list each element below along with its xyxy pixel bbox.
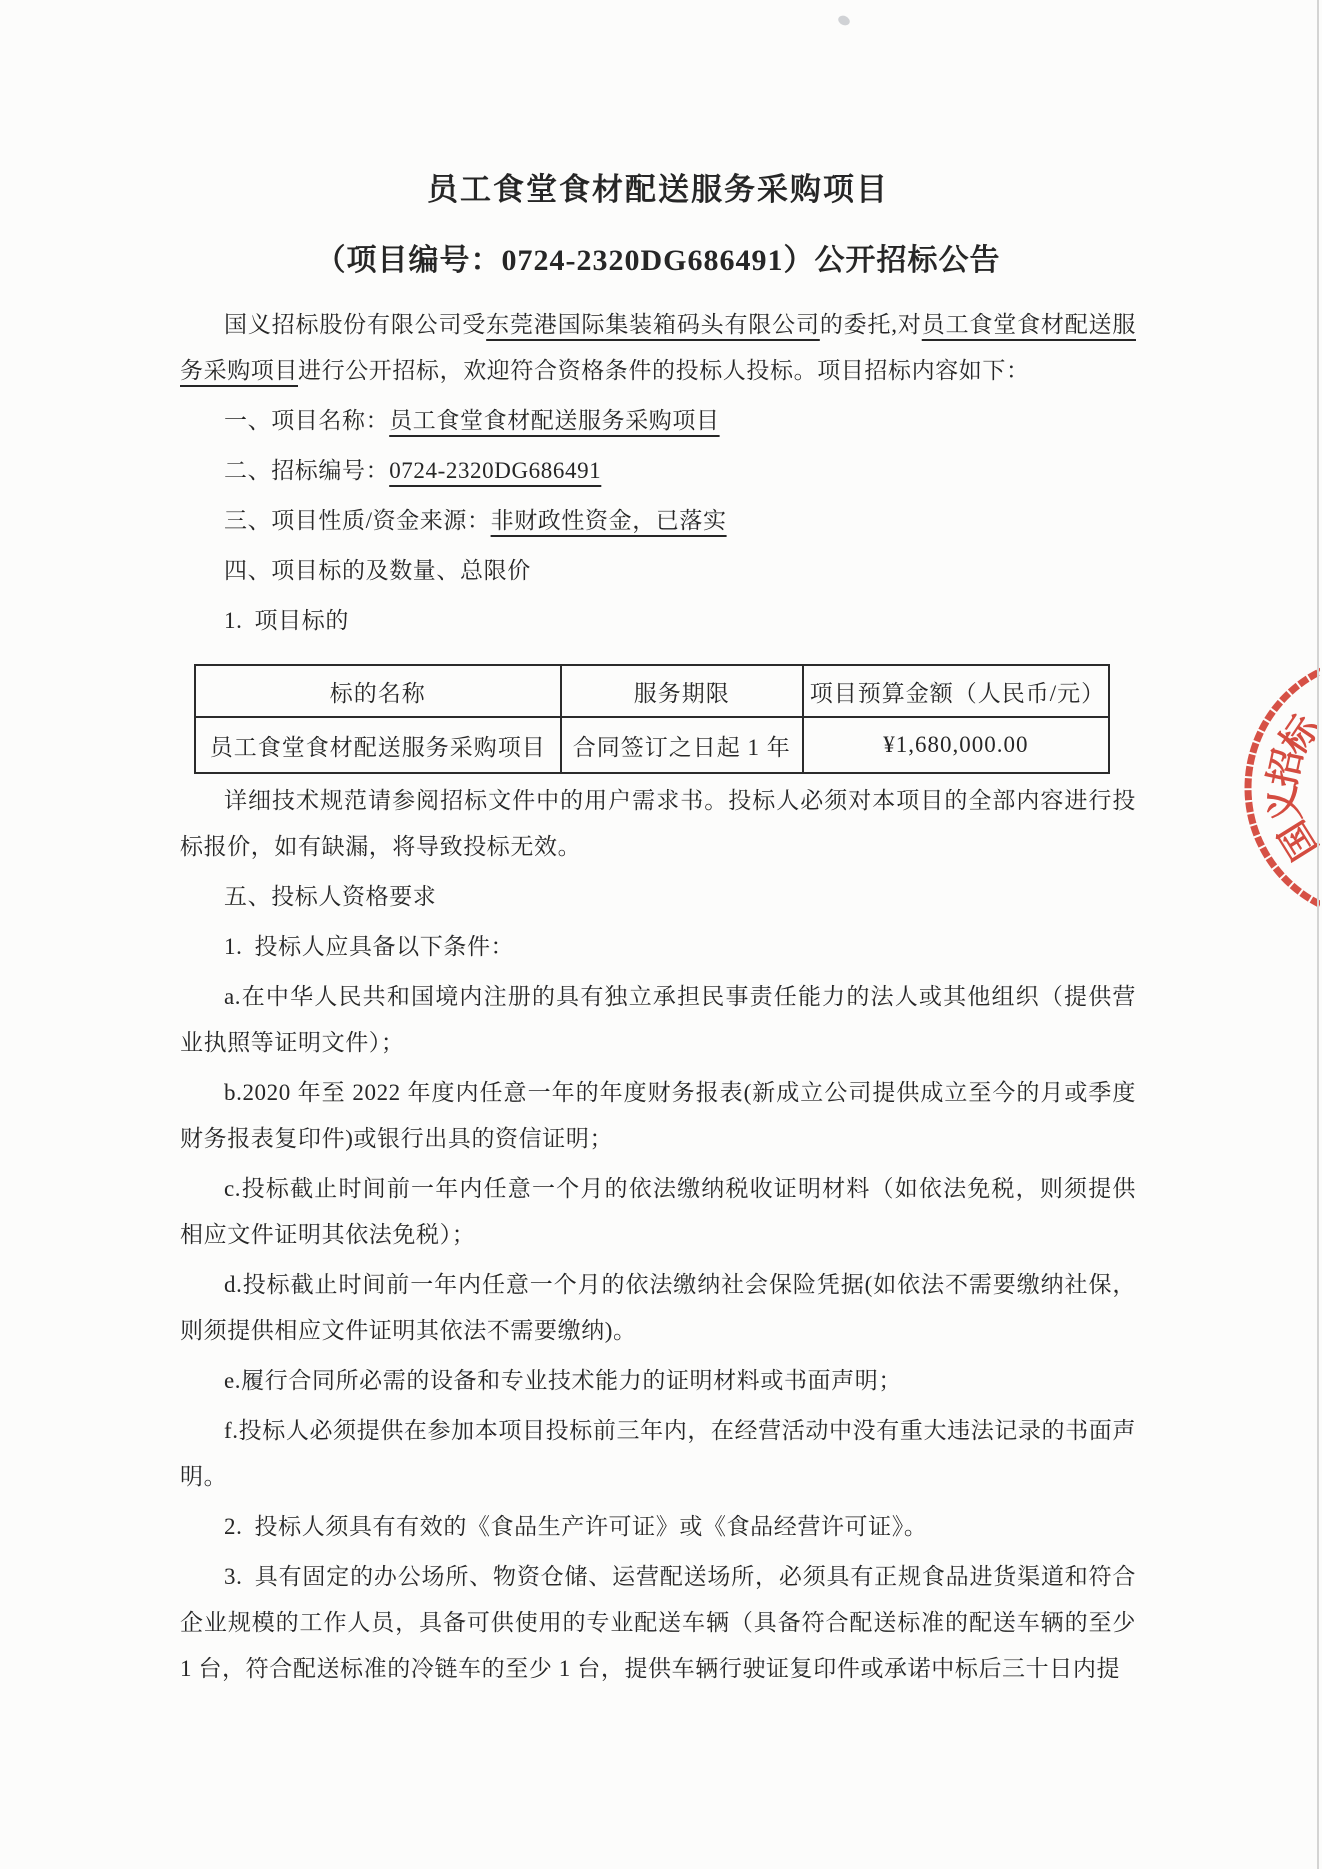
intro-text: 进行公开招标，欢迎符合资格条件的投标人投标。项目招标内容如下： — [298, 358, 1030, 383]
condition-c: c.投标截止时间前一年内任意一个月的依法缴纳税收证明材料（如依法免税，则须提供相… — [180, 1166, 1136, 1258]
item-label: 一、项目名称： — [224, 408, 389, 433]
technical-spec-note: 详细技术规范请参阅招标文件中的用户需求书。投标人必须对本项目的全部内容进行投标报… — [180, 778, 1136, 870]
condition-d: d.投标截止时间前一年内任意一个月的依法缴纳社会保险凭据(如依法不需要缴纳社保，… — [180, 1262, 1136, 1354]
condition-b: b.2020 年至 2022 年度内任意一年的年度财务报表(新成立公司提供成立至… — [180, 1070, 1136, 1162]
item-label: 三、项目性质/资金来源： — [224, 508, 491, 533]
intro-text: 的委托,对 — [820, 312, 922, 337]
table-header-subject-name: 标的名称 — [195, 665, 561, 717]
table-header-service-term: 服务期限 — [561, 665, 803, 717]
table-row: 员工食堂食材配送服务采购项目 合同签订之日起 1 年 ¥1,680,000.00 — [195, 717, 1109, 773]
item-subject-quantity: 四、项目标的及数量、总限价 — [180, 548, 1136, 594]
item-project-name: 一、项目名称：员工食堂食材配送服务采购项目 — [180, 398, 1136, 444]
subject-table: 标的名称 服务期限 项目预算金额（人民币/元） 员工食堂食材配送服务采购项目 合… — [194, 664, 1110, 774]
scan-page-edge — [1317, 0, 1319, 1869]
client-name-underlined: 东莞港国际集装箱码头有限公司 — [486, 312, 820, 337]
item-value-underlined: 非财政性资金，已落实 — [491, 508, 727, 533]
condition-a: a.在中华人民共和国境内注册的具有独立承担民事责任能力的法人或其他组织（提供营业… — [180, 974, 1136, 1066]
cell-service-term: 合同签订之日起 1 年 — [561, 717, 803, 773]
document-title: 员工食堂食材配送服务采购项目 — [180, 166, 1136, 214]
item-value-underlined: 员工食堂食材配送服务采购项目 — [389, 408, 719, 433]
cell-budget: ¥1,680,000.00 — [803, 717, 1109, 773]
item-project-subject: 1. 项目标的 — [180, 598, 1136, 644]
item-fund-source: 三、项目性质/资金来源：非财政性资金，已落实 — [180, 498, 1136, 544]
condition-f: f.投标人必须提供在参加本项目投标前三年内，在经营活动中没有重大违法记录的书面声… — [180, 1408, 1136, 1500]
intro-text: 国义招标股份有限公司受 — [224, 312, 486, 337]
table-header-row: 标的名称 服务期限 项目预算金额（人民币/元） — [195, 665, 1109, 717]
cell-subject-name: 员工食堂食材配送服务采购项目 — [195, 717, 561, 773]
section-bidder-qualification: 五、投标人资格要求 — [180, 874, 1136, 920]
table-header-budget: 项目预算金额（人民币/元） — [803, 665, 1109, 717]
item-label: 二、招标编号： — [224, 458, 389, 483]
item-tender-number: 二、招标编号：0724-2320DG686491 — [180, 448, 1136, 494]
document-subtitle: （项目编号：0724-2320DG686491）公开招标公告 — [180, 238, 1136, 284]
qualification-item-2: 2. 投标人须具有有效的《食品生产许可证》或《食品经营许可证》。 — [180, 1504, 1136, 1550]
intro-paragraph: 国义招标股份有限公司受东莞港国际集装箱码头有限公司的委托,对员工食堂食材配送服务… — [180, 302, 1136, 394]
scanned-document-page: 员工食堂食材配送服务采购项目 （项目编号：0724-2320DG686491）公… — [0, 0, 1322, 1869]
qualification-item-3: 3. 具有固定的办公场所、物资仓储、运营配送场所，必须具有正规食品进货渠道和符合… — [180, 1554, 1136, 1692]
condition-e: e.履行合同所必需的设备和专业技术能力的证明材料或书面声明； — [180, 1358, 1136, 1404]
item-value-underlined: 0724-2320DG686491 — [389, 458, 601, 483]
qualification-intro: 1. 投标人应具备以下条件： — [180, 924, 1136, 970]
